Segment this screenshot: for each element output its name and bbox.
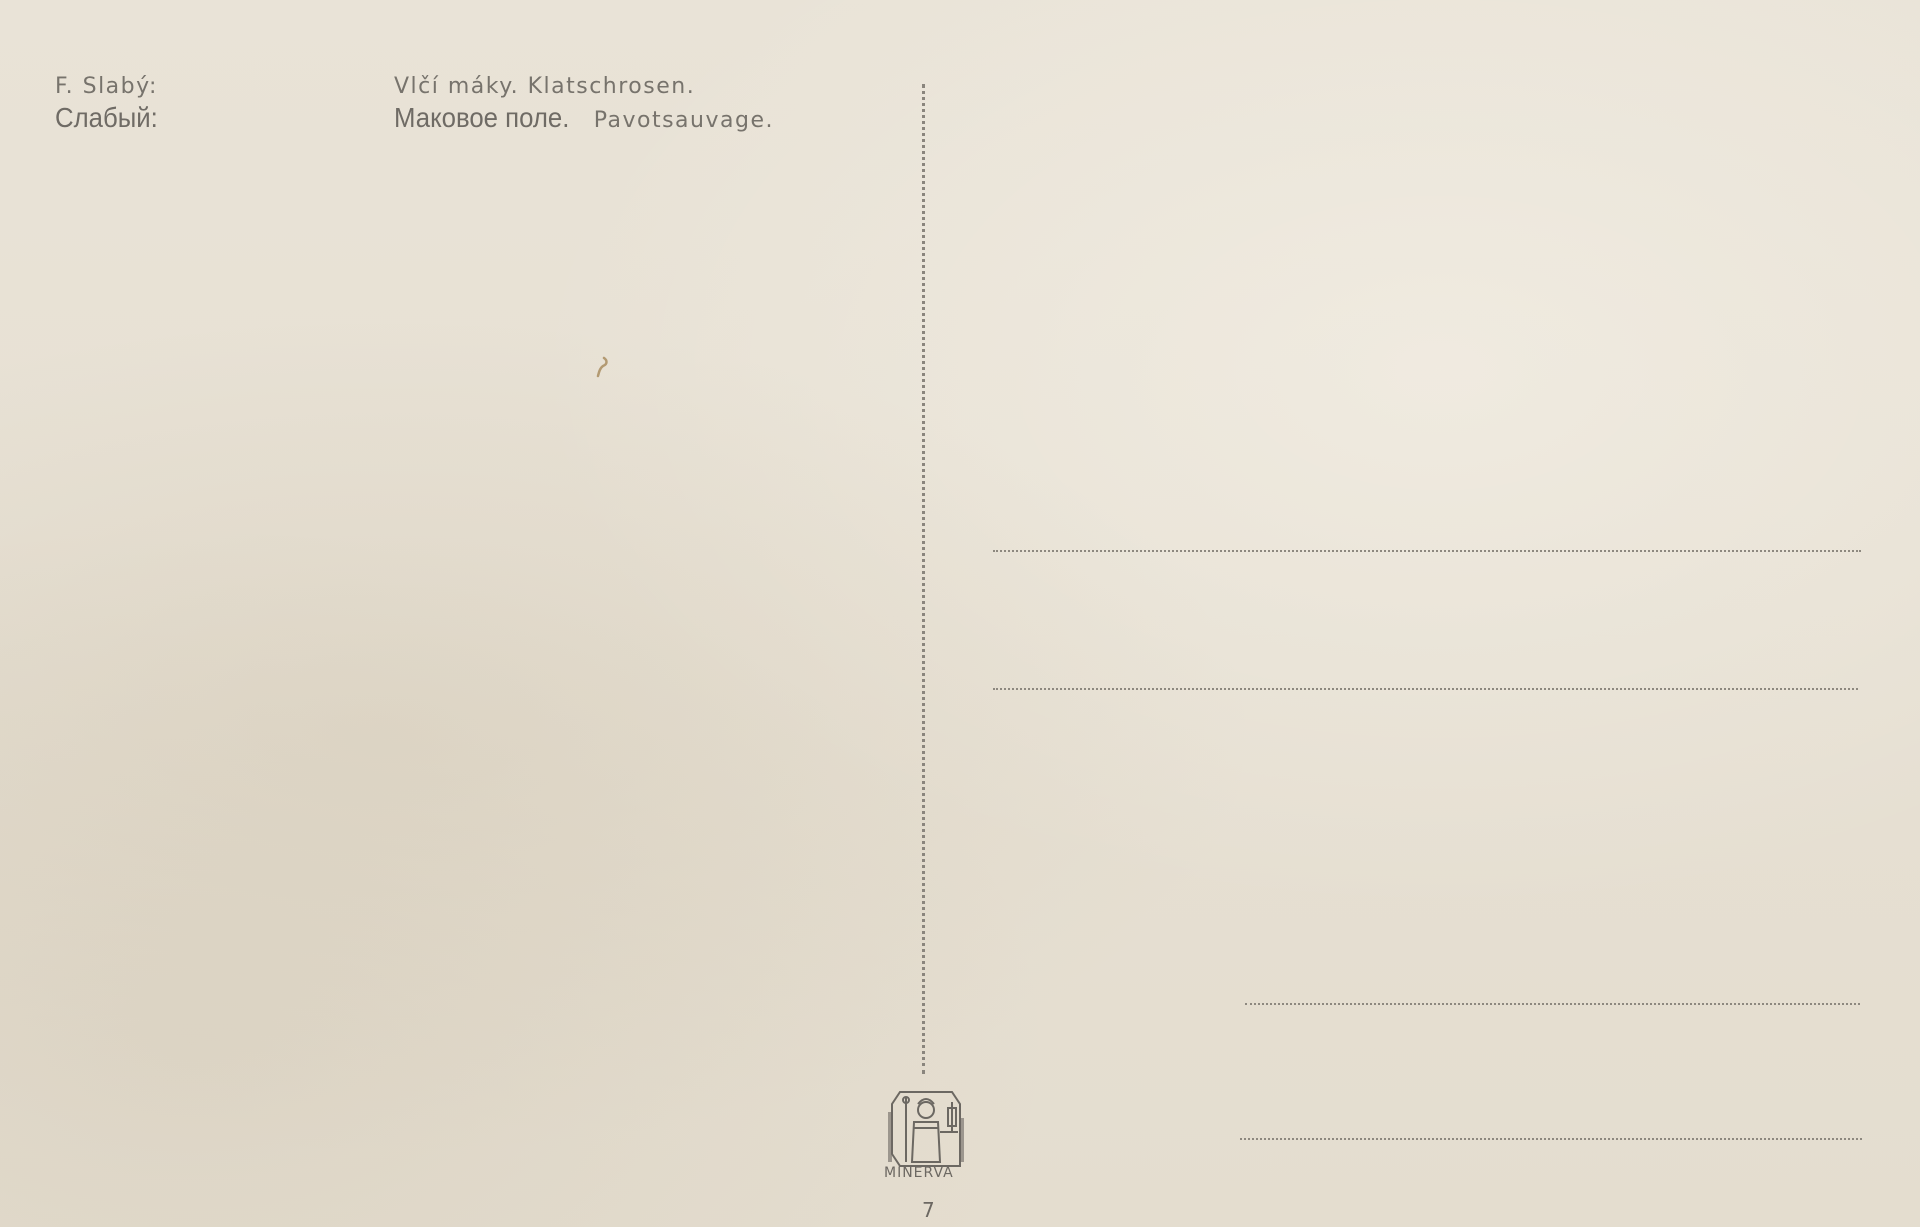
title-russian: Маковое поле.: [394, 102, 569, 134]
publisher-logo-text: MINERVA: [884, 1165, 954, 1181]
card-number: 7: [922, 1198, 935, 1222]
artist-name-latin: F. Slabý:: [55, 74, 158, 99]
message-address-divider: [922, 84, 925, 1074]
artist-name-cyrillic: Слабый:: [55, 102, 158, 134]
title-russian-french: Маковое поле. Pavotsauvage.: [394, 102, 774, 134]
address-line-2: [993, 688, 1858, 690]
title-french: Pavotsauvage.: [594, 108, 774, 133]
address-line-4: [1240, 1138, 1862, 1140]
ink-stain-mark: [596, 356, 610, 378]
address-line-1: [993, 550, 1861, 552]
address-line-3: [1245, 1003, 1860, 1005]
title-czech-german: Vlčí máky. Klatschrosen.: [394, 74, 695, 99]
